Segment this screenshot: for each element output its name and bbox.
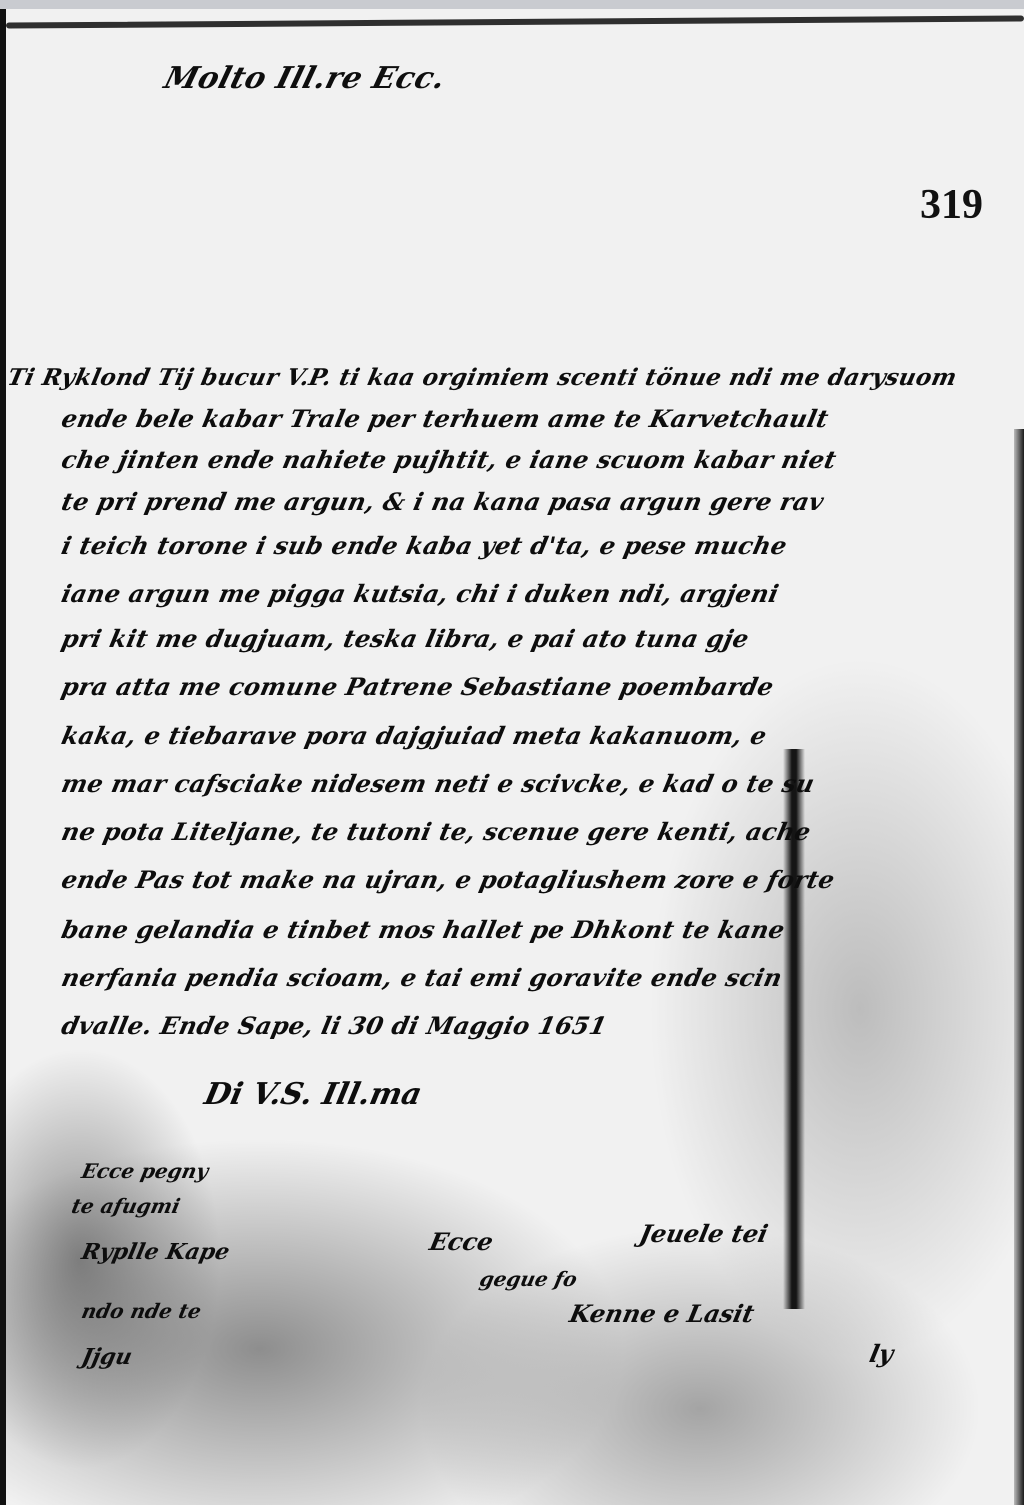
body-line-14: nerfania pendia scioam, e tai emi goravi… [59,963,785,992]
body-line-6: iane argun me pigga kutsia, chi i duken … [59,579,782,608]
body-line-10: me mar cafsciake nidesem neti e scivcke,… [59,769,817,798]
body-line-1: Ti Ryklond Tij bucur V.P. ti kaa orgimie… [5,364,959,391]
left-signature-line-4: ndo nde te [79,1299,203,1323]
body-line-2: ende bele kabar Trale per terhuem ame te… [59,404,831,433]
page-right-edge [1014,429,1024,1505]
manuscript-page: Molto Ill.re Ecc. 319 Ti Ryklond Tij buc… [0,9,1024,1505]
viewer-top-strip [0,0,1024,9]
left-signature-line-3: Ryplle Kape [79,1239,232,1265]
folio-number: 319 [920,181,983,229]
page-left-edge [0,9,6,1505]
body-line-15: dvalle. Ende Sape, li 30 di Maggio 1651 [59,1011,610,1040]
right-signature-ecce: Ecce [427,1227,496,1256]
body-line-5: i teich torone i sub ende kaba yet d'ta,… [59,531,790,560]
body-line-7: pri kit me dugjuam, teska libra, e pai a… [59,624,752,653]
body-line-3: che jinten ende nahiete pujhtit, e iane … [59,445,839,474]
body-line-9: kaka, e tiebarave pora dajgjuiad meta ka… [59,721,770,750]
closing-salutation: Di V.S. Ill.ma [201,1077,425,1112]
left-signature-line-2: te afugmi [69,1194,182,1218]
header-note: Molto Ill.re Ecc. [160,61,449,96]
right-signature-line-4: Kenne e Lasit [567,1299,757,1328]
right-signature-name: Jeuele tei [637,1219,771,1248]
right-signature-line-3: gegue fo [477,1267,579,1291]
body-line-4: te pri prend me argun, & i na kana pasa … [59,487,827,516]
left-signature-line-5: Jjgu [79,1344,134,1370]
body-line-13: bane gelandia e tinbet mos hallet pe Dhk… [59,915,788,944]
body-line-11: ne pota Liteljane, te tutoni te, scenue … [59,817,814,846]
left-signature-line-1: Ecce pegny [79,1159,210,1183]
body-line-12: ende Pas tot make na ujran, e potagliush… [59,865,838,894]
body-line-8: pra atta me comune Patrene Sebastiane po… [59,672,777,701]
